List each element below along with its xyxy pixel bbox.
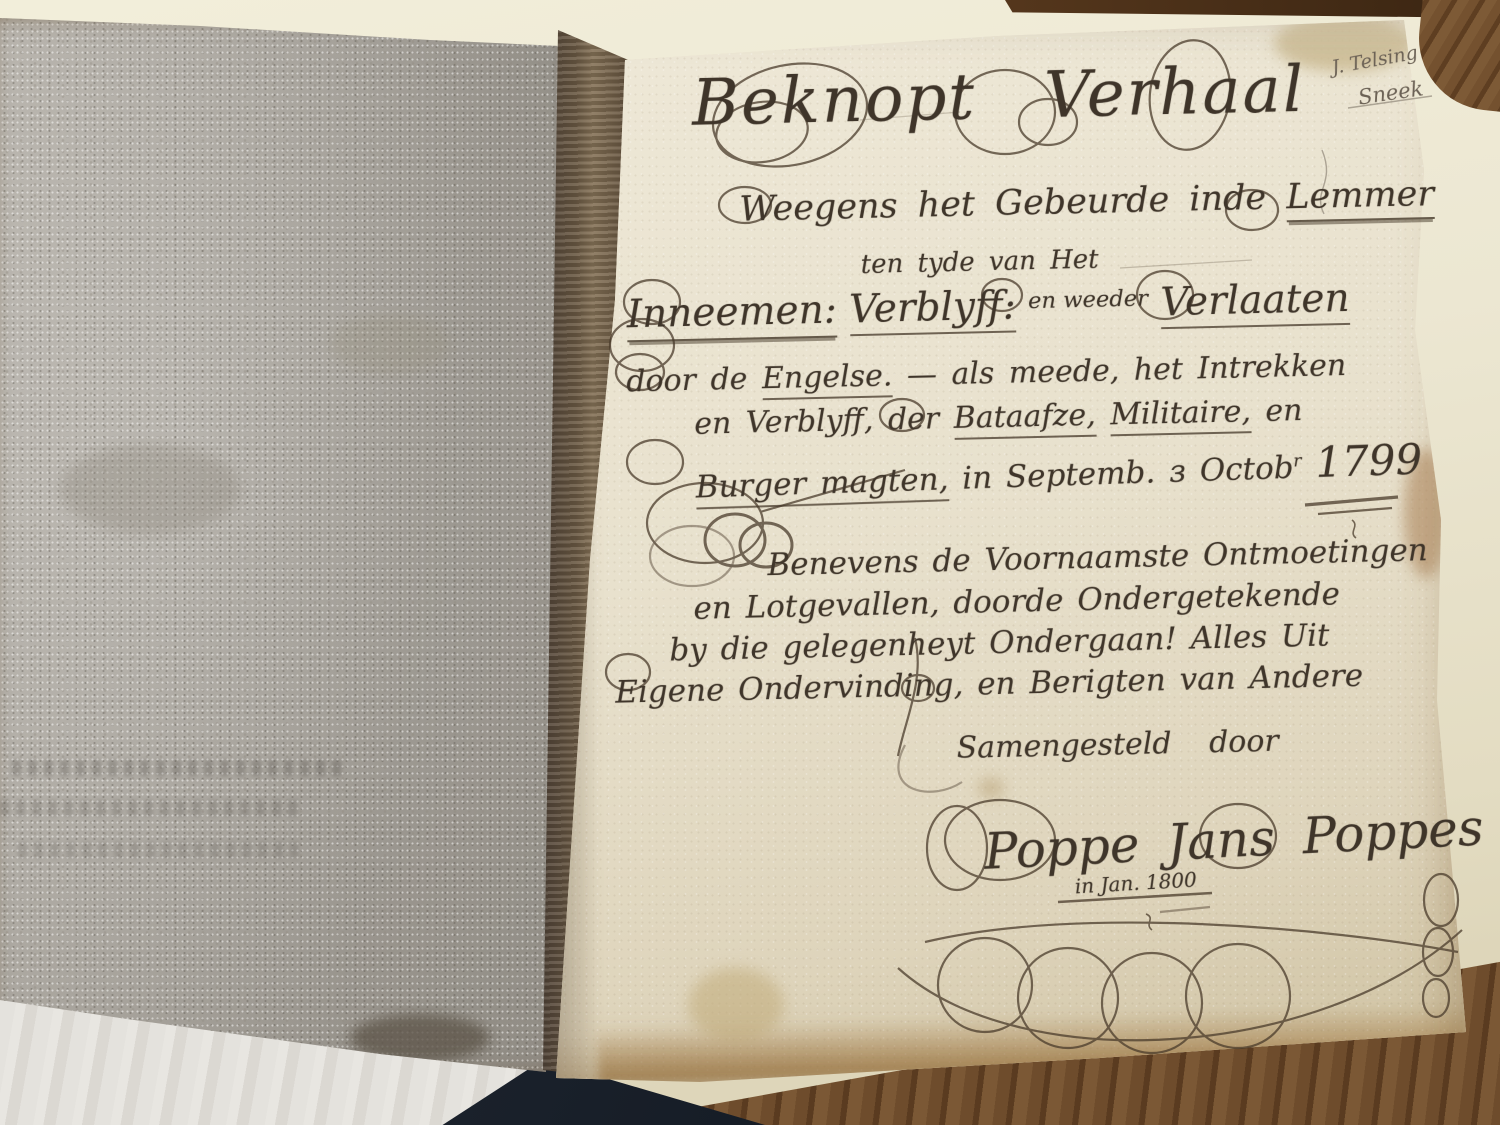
word-inneemen: Inneemen:: [626, 288, 837, 343]
paper-stain: [60, 444, 240, 534]
superscript-r: r: [1293, 451, 1302, 471]
words-burger-magten: Burger magten,: [695, 461, 949, 509]
manuscript-title: Beknopt Verhaal: [691, 53, 1306, 141]
subtitle-5-pre: en Verblyff, der: [694, 401, 940, 442]
paper-stain: [330, 314, 450, 374]
word-verlaaten: Verlaaten: [1160, 276, 1350, 329]
subtitle-line-5: en Verblyff, der Bataafze, Militaire, en: [694, 393, 1303, 442]
photo-scene: J. Telsing Sneek Beknopt Verhaal Weegens…: [0, 0, 1500, 1125]
subtitle-1-text: Weegens het Gebeurde inde: [739, 178, 1267, 230]
ghost-text-impression: [0, 800, 300, 816]
subtitle-6-mid: in Septemb. з Octob: [962, 450, 1294, 497]
word-verblyff: Verblyff:: [849, 283, 1017, 336]
subtitle-4-pre: door de: [626, 362, 748, 400]
word-militaire: Militaire,: [1110, 394, 1252, 436]
subtitle-4-post: — als meede, het Intrekken: [907, 348, 1347, 393]
left-page-blank: [0, 14, 564, 1076]
manuscript-text: J. Telsing Sneek Beknopt Verhaal Weegens…: [548, 0, 1494, 1086]
word-engelse: Engelse.: [762, 358, 893, 400]
signature: Poppe Jans Poppes: [983, 798, 1485, 880]
body-line-5: Samengesteld door: [956, 724, 1279, 766]
corner-annotation-line1: J. Telsing: [1330, 42, 1420, 79]
word-lemmer: Lemmer: [1286, 174, 1435, 222]
ghost-text-impression: [18, 842, 298, 858]
corner-annotation-line2: Sneek: [1357, 76, 1425, 109]
subtitle-5-post: en: [1265, 393, 1303, 429]
subtitle-line-1: Weegens het Gebeurde inde Lemmer: [739, 174, 1435, 230]
subtitle-line-2: ten tyde van Het: [860, 245, 1099, 280]
word-bataafze: Bataafze,: [953, 398, 1096, 440]
subtitle-line-4: door de Engelse. — als meede, het Intrek…: [626, 348, 1347, 399]
ghost-text-impression: [12, 760, 342, 776]
subtitle-line-3: Inneemen: Verblyff: en weeder Verlaaten: [626, 276, 1350, 337]
year-1799: 1799: [1315, 434, 1423, 487]
subtitle-line-6: Burger magten, in Septemb. з Octobr 1799: [695, 434, 1423, 507]
connector-text: en weeder: [1028, 285, 1148, 314]
